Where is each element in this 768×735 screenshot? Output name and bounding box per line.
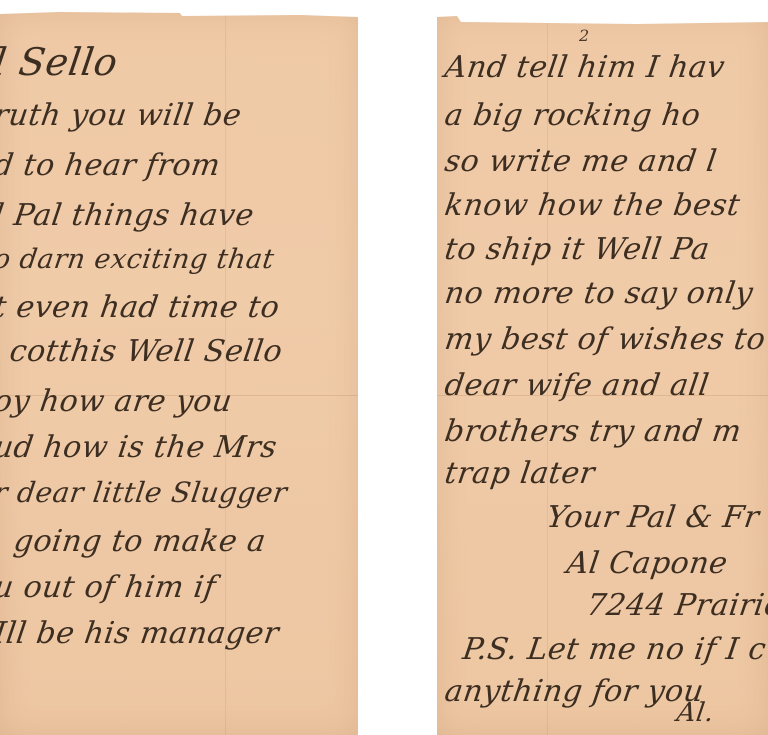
- letter-line: l Pal things have: [0, 198, 256, 233]
- letter-line: oy how are you: [0, 384, 234, 419]
- letter-line: ruth you will be: [0, 98, 244, 133]
- postscript-line: P.S. Let me no if I c: [461, 632, 768, 667]
- letter-line: no more to say only: [443, 276, 756, 311]
- letter-line: o darn exciting that: [0, 244, 276, 275]
- letter-line: know how the best: [443, 188, 743, 223]
- letter-line: a big rocking ho: [443, 98, 703, 133]
- letter-line: t even had time to: [0, 290, 282, 325]
- greeting-line: l Sello: [0, 40, 121, 84]
- letter-line: u out of him if: [0, 570, 218, 605]
- letter-line: ud how is the Mrs: [0, 430, 279, 465]
- signature: Al Capone: [565, 546, 730, 581]
- page-number: 2: [579, 26, 589, 45]
- closing-line: Your Pal & Fr: [545, 500, 762, 535]
- letter-line: cotthis Well Sello: [8, 334, 285, 369]
- letter-line: Ill be his manager: [0, 616, 281, 651]
- letter-line: my best of wishes to: [443, 322, 768, 357]
- letter-line: And tell him I hav: [443, 50, 728, 85]
- letter-page-right: 2 And tell him I hav a big rocking ho so…: [437, 14, 768, 735]
- letter-line: dear wife and all: [443, 368, 712, 403]
- letter-line: going to make a: [12, 524, 269, 559]
- letter-line: to ship it Well Pa: [443, 232, 712, 267]
- letter-line: r dear little Slugger: [0, 476, 289, 509]
- address-line: 7244 Prairie: [585, 588, 768, 623]
- letter-page-left: l Sello ruth you will be d to hear from …: [0, 12, 358, 735]
- letter-line: trap later: [443, 456, 598, 491]
- letter-line: d to hear from: [0, 148, 223, 183]
- postscript-line: anything for you: [443, 674, 706, 709]
- letter-line: brothers try and m: [443, 414, 744, 449]
- letter-line: so write me and l: [443, 144, 720, 179]
- postscript-signature: Al.: [675, 698, 716, 728]
